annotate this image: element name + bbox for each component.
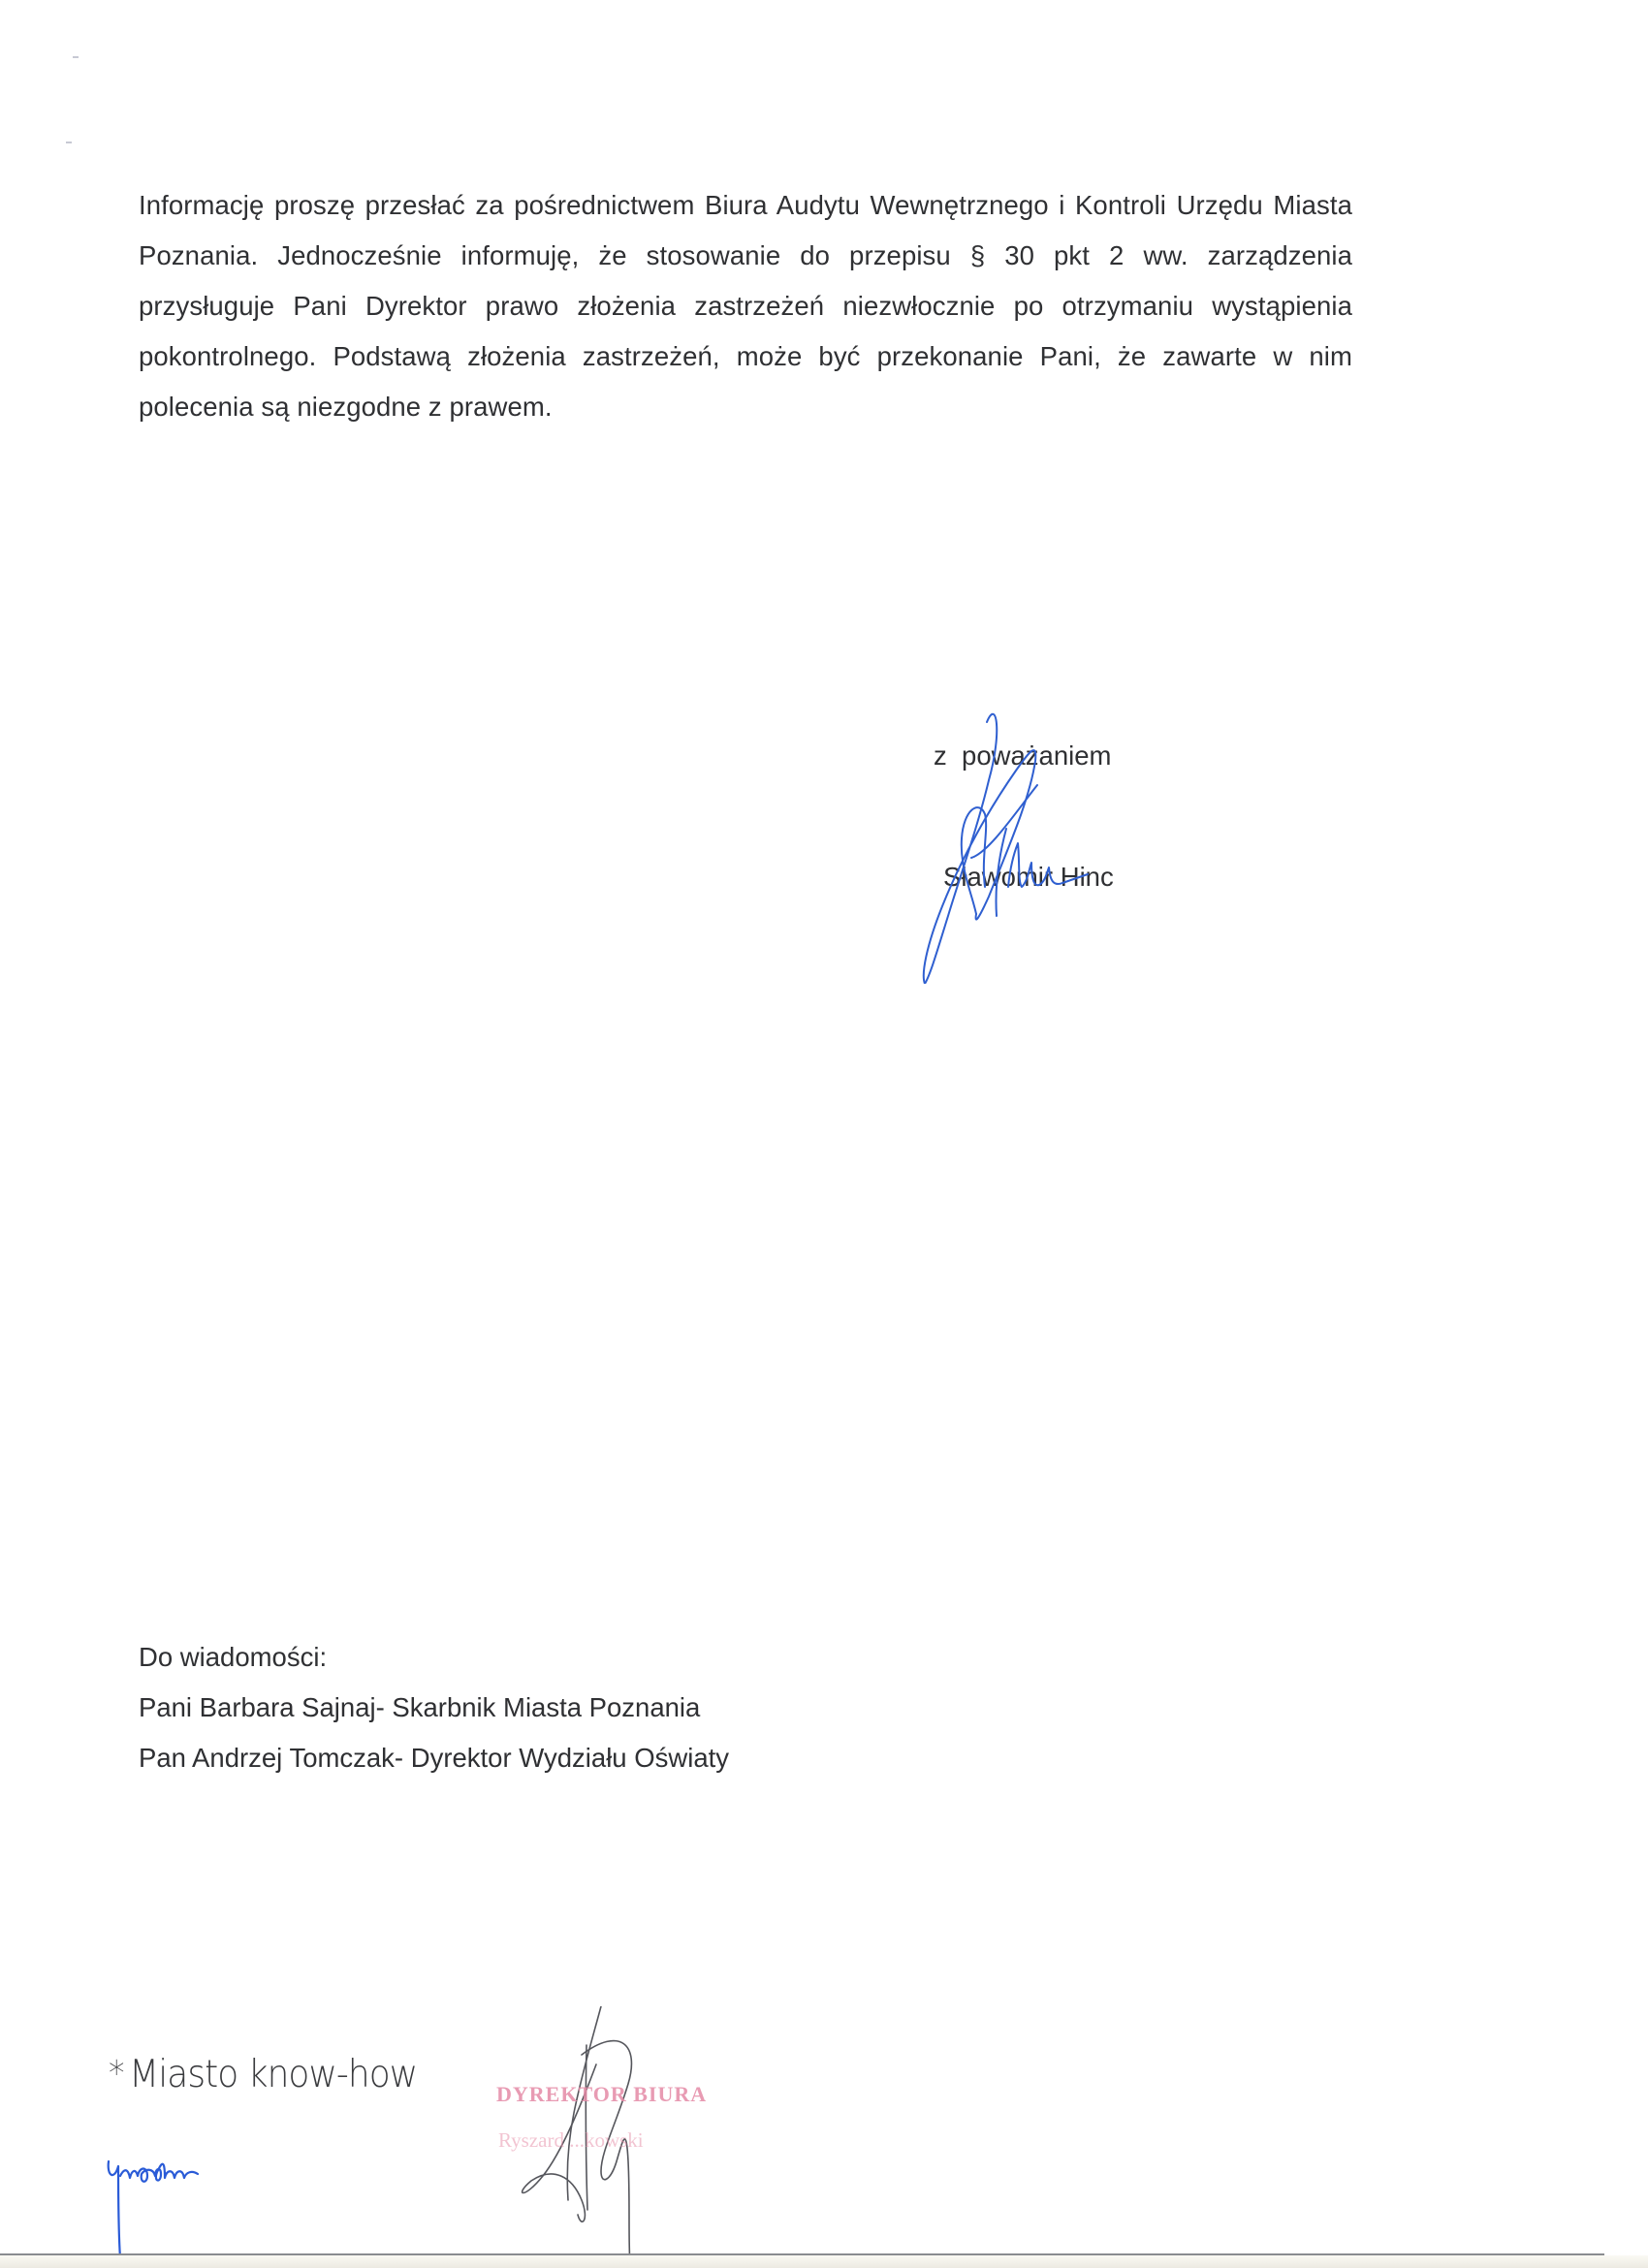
handwritten-initials-icon <box>97 2147 271 2263</box>
cc-recipient: Pani Barbara Sajnaj- Skarbnik Miasta Poz… <box>139 1683 729 1733</box>
cc-heading: Do wiadomości: <box>139 1632 729 1683</box>
body-paragraph: Informację proszę przesłać za pośrednict… <box>139 180 1352 432</box>
signer-name: Sławomir Hinc <box>943 862 1114 893</box>
official-stamp: DYREKTOR BIURA Ryszard ...kowski <box>496 2082 707 2153</box>
document-page: Informację proszę przesłać za pośrednict… <box>0 0 1648 2268</box>
scan-artifact <box>66 142 72 143</box>
handwritten-signature-icon <box>921 693 1144 984</box>
scan-artifact <box>73 56 79 58</box>
cc-recipient: Pan Andrzej Tomczak- Dyrektor Wydziału O… <box>139 1733 729 1783</box>
logo-text: Miasto know-how <box>129 2053 417 2096</box>
scan-edge-band <box>0 2255 1648 2268</box>
miasto-know-how-logo: *Miasto know-how <box>109 2053 417 2096</box>
closing-greeting: z poważaniem <box>934 740 1111 772</box>
stamp-name: Ryszard ...kowski <box>498 2128 707 2153</box>
asterisk-icon: * <box>109 2054 124 2094</box>
stamp-title: DYREKTOR BIURA <box>496 2082 707 2107</box>
cc-block: Do wiadomości: Pani Barbara Sajnaj- Skar… <box>139 1632 729 1783</box>
